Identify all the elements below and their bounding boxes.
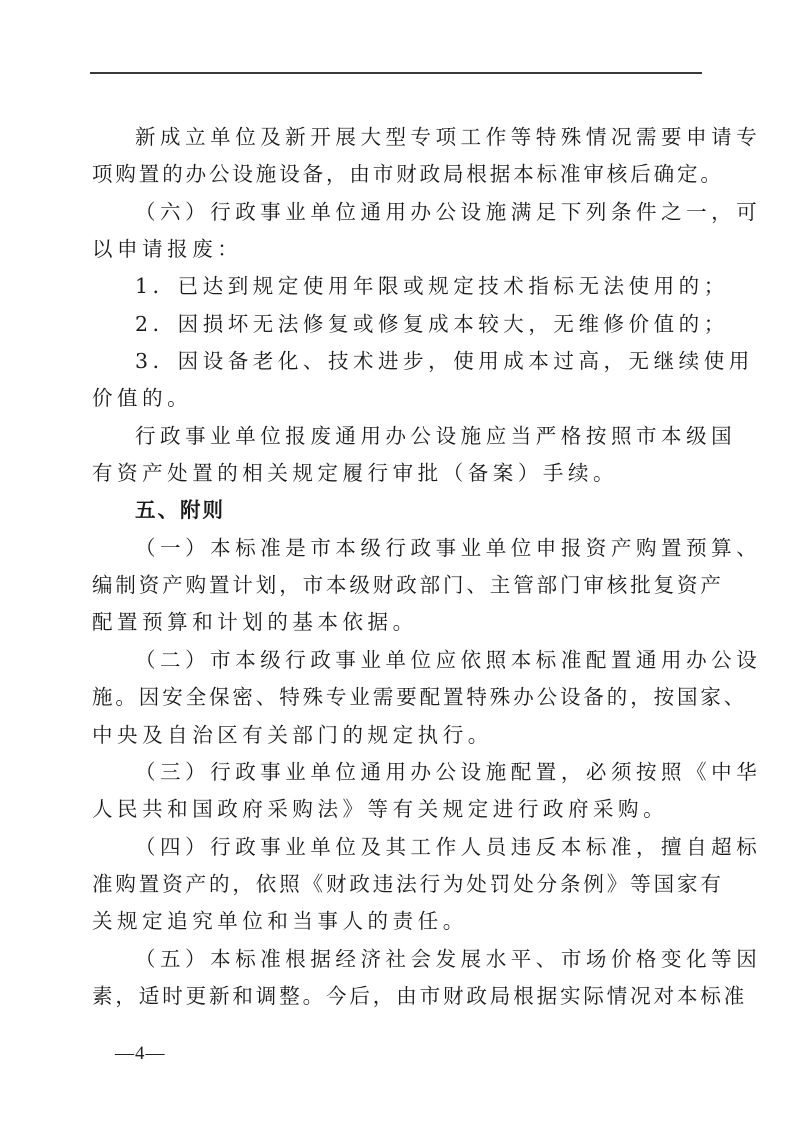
paragraph-line: （五）本标准根据经济社会发展水平、市场价格变化等因 xyxy=(92,941,706,978)
paragraph-line: 价值的。 xyxy=(92,380,706,417)
paragraph-line: 项购置的办公设施设备，由市财政局根据本标准审核后确定。 xyxy=(92,156,706,193)
paragraph-line: 中央及自治区有关部门的规定执行。 xyxy=(92,717,706,754)
list-item: 1．已达到规定使用年限或规定技术指标无法使用的； xyxy=(92,268,706,305)
paragraph-line: （四）行政事业单位及其工作人员违反本标准，擅自超标 xyxy=(92,829,706,866)
paragraph-line: （六）行政事业单位通用办公设施满足下列条件之一，可 xyxy=(92,194,706,231)
paragraph-line: 人民共和国政府采购法》等有关规定进行政府采购。 xyxy=(92,791,706,828)
paragraph-line: （二）市本级行政事业单位应依照本标准配置通用办公设 xyxy=(92,642,706,679)
list-item: 2．因损坏无法修复或修复成本较大，无维修价值的； xyxy=(92,306,706,343)
paragraph-line: 行政事业单位报废通用办公设施应当严格按照市本级国 xyxy=(92,418,706,455)
paragraph-line: 有资产处置的相关规定履行审批（备案）手续。 xyxy=(92,455,706,492)
paragraph-line: 配置预算和计划的基本依据。 xyxy=(92,604,706,641)
paragraph-line: 编制资产购置计划，市本级财政部门、主管部门审核批复资产 xyxy=(92,567,706,604)
section-heading: 五、附则 xyxy=(92,492,706,529)
paragraph-line: （三）行政事业单位通用办公设施配置，必须按照《中华 xyxy=(92,754,706,791)
paragraph-line: 施。因安全保密、特殊专业需要配置特殊办公设备的，按国家、 xyxy=(92,679,706,716)
page-number: —4— xyxy=(115,1043,166,1065)
list-item: 3．因设备老化、技术进步，使用成本过高，无继续使用 xyxy=(92,343,706,380)
paragraph-line: 新成立单位及新开展大型专项工作等特殊情况需要申请专 xyxy=(92,119,706,156)
paragraph-line: 素，适时更新和调整。今后，由市财政局根据实际情况对本标准 xyxy=(92,978,706,1015)
paragraph-line: 准购置资产的，依照《财政违法行为处罚处分条例》等国家有 xyxy=(92,866,706,903)
paragraph-line: （一）本标准是市本级行政事业单位申报资产购置预算、 xyxy=(92,530,706,567)
paragraph-line: 以申请报废： xyxy=(92,231,706,268)
header-rule xyxy=(90,72,702,74)
paragraph-line: 关规定追究单位和当事人的责任。 xyxy=(92,903,706,940)
document-body: 新成立单位及新开展大型专项工作等特殊情况需要申请专 项购置的办公设施设备，由市财… xyxy=(92,119,706,1015)
